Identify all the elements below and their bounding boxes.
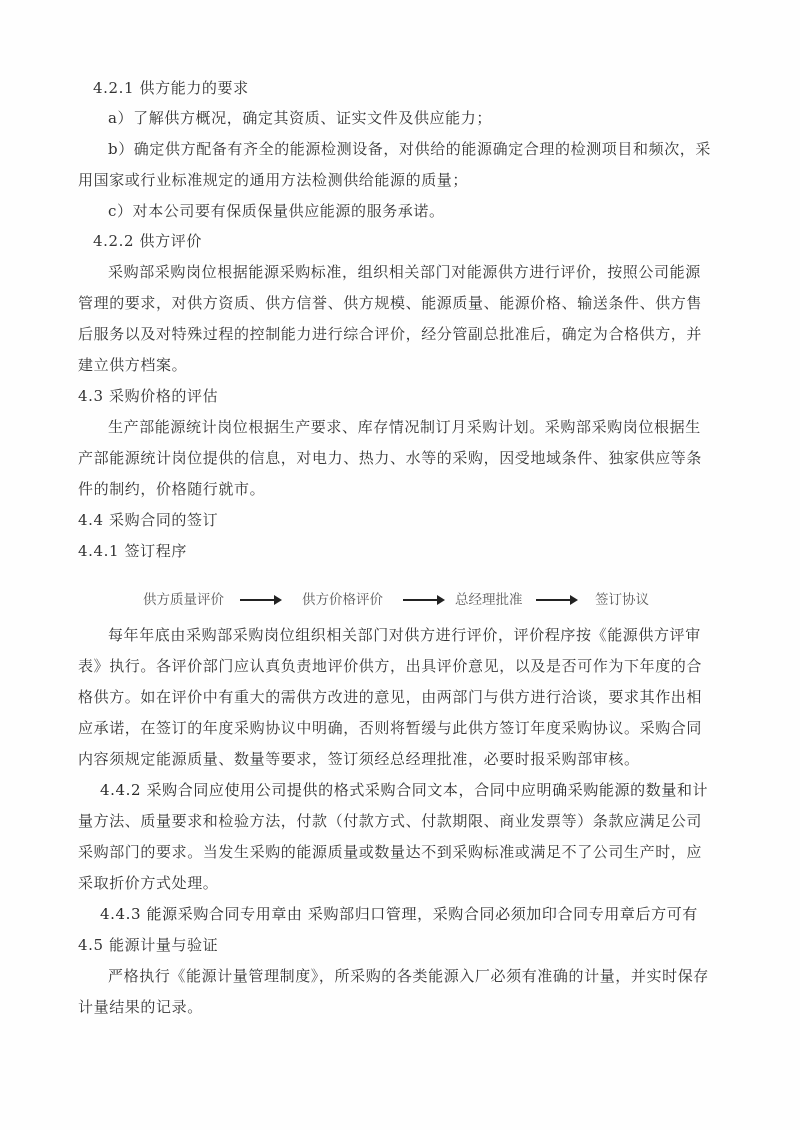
paragraph-line: 严格执行《能源计量管理制度》，所采购的各类能源入厂必须有准确的计量，并实时保存 [108, 961, 758, 992]
document-page: 4.2.1 供方能力的要求 a）了解供方概况，确定其资质、证实文件及供应能力； … [0, 0, 800, 1130]
heading-4-2-1: 4.2.1 供方能力的要求 [93, 73, 743, 104]
right-arrow-icon [403, 599, 443, 601]
heading-4-5: 4.5 能源计量与验证 [78, 930, 728, 961]
right-arrow-icon [536, 599, 576, 601]
paragraph-line: 计量结果的记录。 [78, 992, 728, 1023]
paragraph-line: 产部能源统计岗位提供的信息，对电力、热力、水等的采购，因受地域条件、独家供应等条 [78, 443, 728, 474]
paragraph-line: 应承诺，在签订的年度采购协议中明确，否则将暂缓与此供方签订年度采购协议。采购合同 [78, 713, 728, 744]
paragraph-line: 采购部门的要求。当发生采购的能源质量或数量达不到采购标准或满足不了公司生产时，应 [78, 837, 728, 868]
flow-step-supplier-price: 供方价格评价 [302, 589, 383, 611]
paragraph-line: 内容须规定能源质量、数量等要求，签订须经总经理批准，必要时报采购部审核。 [78, 744, 728, 775]
paragraph-line: 采取折价方式处理。 [78, 868, 728, 899]
heading-4-4-1: 4.4.1 签订程序 [78, 536, 728, 567]
paragraph-line: 采购部采购岗位根据能源采购标准，组织相关部门对能源供方进行评价，按照公司能源 [108, 257, 758, 288]
paragraph-line: 格供方。如在评价中有重大的需供方改进的意见，由两部门与供方进行洽谈，要求其作出相 [78, 682, 728, 713]
right-arrow-icon [240, 599, 280, 601]
paragraph-line: 管理的要求，对供方资质、供方信誉、供方规模、能源质量、能源价格、输送条件、供方售 [78, 288, 728, 319]
paragraph-line: a）了解供方概况，确定其资质、证实文件及供应能力； [108, 103, 758, 134]
paragraph-line: 用国家或行业标准规定的通用方法检测供给能源的质量； [78, 165, 728, 196]
paragraph-line: 每年年底由采购部采购岗位组织相关部门对供方进行评价，评价程序按《能源供方评审 [108, 620, 758, 651]
flow-step-gm-approval: 总经理批准 [455, 589, 523, 611]
heading-4-2-2: 4.2.2 供方评价 [93, 226, 743, 257]
clause-4-4-2: 4.4.2 采购合同应使用公司提供的格式采购合同文本，合同中应明确采购能源的数量… [100, 775, 750, 806]
paragraph-line: 建立供方档案。 [78, 350, 728, 381]
heading-4-3: 4.3 采购价格的评估 [78, 381, 728, 412]
paragraph-line: c）对本公司要有保质保量供应能源的服务承诺。 [108, 196, 758, 227]
flow-step-sign-agreement: 签订协议 [595, 589, 649, 611]
clause-4-4-3: 4.4.3 能源采购合同专用章由 采购部归口管理，采购合同必须加印合同专用章后方… [100, 899, 750, 930]
paragraph-line: 生产部能源统计岗位根据生产要求、库存情况制订月采购计划。采购部采购岗位根据生 [108, 412, 758, 443]
signing-procedure-flow: 供方质量评价 供方价格评价 总经理批准 签订协议 [0, 589, 800, 611]
flow-step-supplier-quality: 供方质量评价 [143, 589, 224, 611]
paragraph-line: 件的制约，价格随行就市。 [78, 474, 728, 505]
paragraph-line: b）确定供方配备有齐全的能源检测设备，对供给的能源确定合理的检测项目和频次，采 [108, 134, 758, 165]
paragraph-line: 表》执行。各评价部门应认真负责地评价供方，出具评价意见，以及是否可作为下年度的合 [78, 651, 728, 682]
heading-4-4: 4.4 采购合同的签订 [78, 505, 728, 536]
paragraph-line: 量方法、质量要求和检验方法，付款（付款方式、付款期限、商业发票等）条款应满足公司 [78, 806, 728, 837]
paragraph-line: 后服务以及对特殊过程的控制能力进行综合评价，经分管副总批准后，确定为合格供方，并 [78, 319, 728, 350]
